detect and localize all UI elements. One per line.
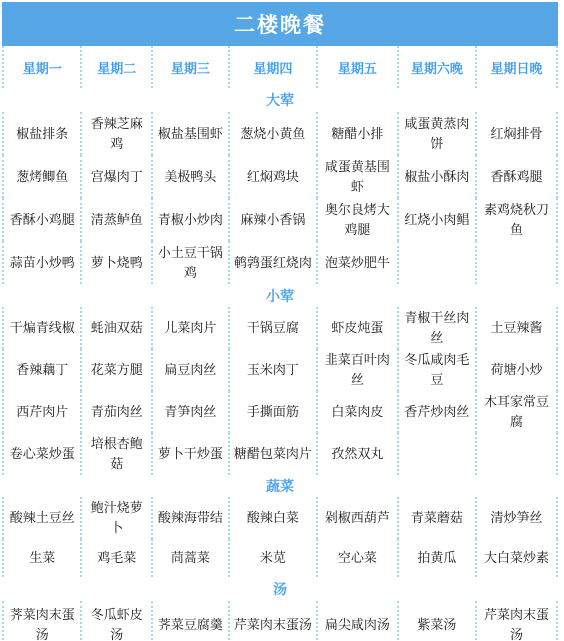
dish-cell: 青茄肉丝	[80, 391, 151, 433]
dish-cell: 孜然双丸	[316, 433, 397, 475]
day-header-col7: 星期日晚	[475, 46, 558, 88]
dish-label: 香酥小鸡腿	[10, 210, 75, 230]
day-header-label: 星期四	[253, 58, 292, 77]
dish-cell: 萝卜干炒蛋	[151, 433, 228, 475]
dish-cell: 空心菜	[316, 539, 397, 577]
day-header-label: 星期一	[23, 58, 62, 77]
dish-cell: 土豆辣酱	[475, 307, 558, 349]
section-title: 小荤	[2, 284, 558, 307]
dish-cell: 干锅豆腐	[228, 307, 316, 349]
dish-cell: 卷心菜炒蛋	[2, 433, 80, 475]
dish-cell: 冬瓜咸肉毛豆	[397, 349, 475, 391]
day-header-label: 星期五	[338, 58, 377, 77]
dish-label: 椒盐排条	[16, 124, 68, 144]
dish-cell: 小土豆干锅鸡	[151, 241, 228, 284]
dish-cell: 咸蛋黄蒸肉饼	[397, 112, 475, 155]
dish-cell: 花菜方腿	[80, 349, 151, 391]
menu-row: 卷心菜炒蛋培根杏鲍菇萝卜干炒蛋糖醋包菜肉片孜然双丸	[2, 433, 558, 475]
dish-label: 荠菜豆腐羹	[158, 615, 223, 635]
section-body: 干煸青线椒蚝油双菇儿菜肉片干锅豆腐虾皮炖蛋青椒干丝肉丝土豆辣酱香辣藕丁花菜方腿扁…	[2, 307, 558, 475]
dish-cell: 酸辣海带结	[151, 497, 228, 539]
dish-label: 咸蛋黄蒸肉饼	[402, 114, 472, 154]
dish-cell: 素鸡烧秋刀鱼	[475, 198, 558, 241]
dish-cell: 茼蒿菜	[151, 539, 228, 577]
menu-title-bar: 二楼晚餐	[2, 2, 558, 46]
dish-cell: 手撕面筋	[228, 391, 316, 433]
day-header-label: 星期三	[171, 58, 210, 77]
menu-row: 椒盐排条香辣芝麻鸡椒盐基围虾葱烧小黄鱼糖醋小排咸蛋黄蒸肉饼红焖排骨	[2, 112, 558, 155]
dish-label: 蚝油双菇	[91, 318, 143, 338]
dish-cell: 清蒸鲈鱼	[80, 198, 151, 241]
dish-cell-empty	[475, 433, 558, 475]
menu-row: 蒜苗小炒鸭萝卜烧鸭小土豆干锅鸡鹌鹑蛋红烧肉泡菜炒肥牛	[2, 241, 558, 284]
dish-cell: 香酥小鸡腿	[2, 198, 80, 241]
section-title: 蔬菜	[2, 475, 558, 497]
dish-label: 儿菜肉片	[164, 318, 216, 338]
dish-label: 荠菜肉末蛋汤	[7, 605, 77, 641]
dish-cell: 奥尔良烤大鸡腿	[316, 198, 397, 241]
dish-cell: 蚝油双菇	[80, 307, 151, 349]
dish-label: 葱烤鲫鱼	[16, 167, 68, 187]
dish-cell: 米苋	[228, 539, 316, 577]
dish-cell: 白菜肉皮	[316, 391, 397, 433]
dish-label: 葱烧小黄鱼	[240, 124, 305, 144]
dish-cell: 葱烤鲫鱼	[2, 155, 80, 198]
dish-label: 糖醋小排	[331, 124, 383, 144]
dish-label: 酸辣土豆丝	[10, 508, 75, 528]
dish-label: 萝卜烧鸭	[91, 253, 143, 273]
dish-cell: 椒盐排条	[2, 112, 80, 155]
dish-label: 荷塘小炒	[491, 360, 543, 380]
day-header-col2: 星期二	[80, 46, 151, 88]
menu-row: 酸辣土豆丝鲍汁烧萝卜酸辣海带结酸辣白菜剁椒西葫芦青菜蘑菇清炒笋丝	[2, 497, 558, 539]
menu-row: 葱烤鲫鱼宫爆肉丁美极鸭头红焖鸡块咸蛋黄基围虾椒盐小酥肉香酥鸡腿	[2, 155, 558, 198]
section-body: 荠菜肉末蛋汤冬瓜虾皮汤荠菜豆腐羹芹菜肉末蛋汤扁尖咸肉汤紫菜汤芹菜肉末蛋汤	[2, 601, 558, 641]
dish-label: 青椒干丝肉丝	[402, 308, 472, 348]
dish-cell: 美极鸭头	[151, 155, 228, 198]
dish-cell: 红焖排骨	[475, 112, 558, 155]
dish-cell: 干煸青线椒	[2, 307, 80, 349]
dish-label: 生菜	[29, 548, 55, 568]
section-title: 汤	[2, 577, 558, 601]
dish-cell: 香辣芝麻鸡	[80, 112, 151, 155]
dish-label: 青笋肉丝	[164, 402, 216, 422]
dish-label: 剁椒西葫芦	[325, 508, 390, 528]
section-body: 酸辣土豆丝鲍汁烧萝卜酸辣海带结酸辣白菜剁椒西葫芦青菜蘑菇清炒笋丝生菜鸡毛菜茼蒿菜…	[2, 497, 558, 577]
dish-cell: 鸡毛菜	[80, 539, 151, 577]
dish-cell: 玉米肉丁	[228, 349, 316, 391]
dish-cell: 青椒小炒肉	[151, 198, 228, 241]
dish-label: 酸辣海带结	[158, 508, 223, 528]
dish-label: 咸蛋黄基围虾	[321, 157, 394, 197]
dish-label: 米苋	[260, 548, 286, 568]
dish-cell: 香酥鸡腿	[475, 155, 558, 198]
dish-label: 拍黄瓜	[417, 548, 456, 568]
dish-label: 青菜蘑菇	[411, 508, 463, 528]
dish-label: 鹌鹑蛋红烧肉	[234, 253, 312, 273]
dish-label: 鸡毛菜	[97, 548, 136, 568]
dish-label: 椒盐小酥肉	[404, 167, 469, 187]
day-header-col1: 星期一	[2, 46, 80, 88]
dish-label: 白菜肉皮	[331, 402, 383, 422]
dish-cell: 紫菜汤	[397, 601, 475, 641]
dish-cell: 青椒干丝肉丝	[397, 307, 475, 349]
dish-cell: 荠菜肉末蛋汤	[2, 601, 80, 641]
dish-cell: 麻辣小香锅	[228, 198, 316, 241]
day-header-col4: 星期四	[228, 46, 316, 88]
dish-cell: 西芹肉片	[2, 391, 80, 433]
section-title: 大荤	[2, 88, 558, 112]
dish-label: 青椒小炒肉	[158, 210, 223, 230]
dish-label: 芹菜肉末蛋汤	[480, 605, 553, 641]
dish-label: 香辣芝麻鸡	[85, 114, 148, 154]
dish-cell: 红焖鸡块	[228, 155, 316, 198]
dish-cell: 宫爆肉丁	[80, 155, 151, 198]
dish-cell: 椒盐基围虾	[151, 112, 228, 155]
menu-row: 荠菜肉末蛋汤冬瓜虾皮汤荠菜豆腐羹芹菜肉末蛋汤扁尖咸肉汤紫菜汤芹菜肉末蛋汤	[2, 601, 558, 641]
dish-cell: 扁尖咸肉汤	[316, 601, 397, 641]
dish-label: 鲍汁烧萝卜	[85, 498, 148, 538]
dish-cell: 鹌鹑蛋红烧肉	[228, 241, 316, 284]
dish-cell: 虾皮炖蛋	[316, 307, 397, 349]
dish-cell: 芹菜肉末蛋汤	[475, 601, 558, 641]
dish-label: 扁尖咸肉汤	[325, 615, 390, 635]
dish-label: 花菜方腿	[91, 360, 143, 380]
dish-label: 培根杏鲍菇	[85, 434, 148, 474]
dish-cell-empty	[397, 433, 475, 475]
dish-label: 冬瓜虾皮汤	[85, 605, 148, 641]
dish-label: 手撕面筋	[247, 402, 299, 422]
dish-label: 青茄肉丝	[91, 402, 143, 422]
dish-label: 孜然双丸	[331, 444, 383, 464]
dish-cell: 酸辣土豆丝	[2, 497, 80, 539]
dish-label: 香辣藕丁	[16, 360, 68, 380]
dish-label: 泡菜炒肥牛	[325, 253, 390, 273]
dish-cell: 青菜蘑菇	[397, 497, 475, 539]
dish-label: 红焖鸡块	[247, 167, 299, 187]
day-header-col5: 星期五	[316, 46, 397, 88]
dish-cell: 扁豆肉丝	[151, 349, 228, 391]
dish-cell: 泡菜炒肥牛	[316, 241, 397, 284]
dish-label: 香芹炒肉丝	[404, 402, 469, 422]
dish-label: 美极鸭头	[164, 167, 216, 187]
dish-label: 冬瓜咸肉毛豆	[402, 350, 472, 390]
dish-cell: 大白菜炒素	[475, 539, 558, 577]
dish-label: 茼蒿菜	[171, 548, 210, 568]
dish-cell: 荠菜豆腐羹	[151, 601, 228, 641]
section-body: 椒盐排条香辣芝麻鸡椒盐基围虾葱烧小黄鱼糖醋小排咸蛋黄蒸肉饼红焖排骨葱烤鲫鱼宫爆肉…	[2, 112, 558, 284]
dish-label: 红焖排骨	[491, 124, 543, 144]
day-header-col3: 星期三	[151, 46, 228, 88]
dish-cell: 酸辣白菜	[228, 497, 316, 539]
menu-sections: 大荤椒盐排条香辣芝麻鸡椒盐基围虾葱烧小黄鱼糖醋小排咸蛋黄蒸肉饼红焖排骨葱烤鲫鱼宫…	[2, 88, 558, 641]
day-header-label: 星期六晚	[411, 58, 463, 77]
dish-cell: 葱烧小黄鱼	[228, 112, 316, 155]
dinner-menu-page: 二楼晚餐 星期一星期二星期三星期四星期五星期六晚星期日晚 大荤椒盐排条香辣芝麻鸡…	[0, 0, 560, 639]
menu-row: 干煸青线椒蚝油双菇儿菜肉片干锅豆腐虾皮炖蛋青椒干丝肉丝土豆辣酱	[2, 307, 558, 349]
day-header-row: 星期一星期二星期三星期四星期五星期六晚星期日晚	[2, 46, 558, 88]
dish-label: 木耳家常豆腐	[480, 392, 553, 432]
dish-label: 奥尔良烤大鸡腿	[321, 200, 394, 240]
dish-label: 萝卜干炒蛋	[158, 444, 223, 464]
day-header-label: 星期日晚	[491, 58, 543, 77]
dish-label: 椒盐基围虾	[158, 124, 223, 144]
dish-label: 空心菜	[338, 548, 377, 568]
menu-row: 香酥小鸡腿清蒸鲈鱼青椒小炒肉麻辣小香锅奥尔良烤大鸡腿红烧小肉鲳素鸡烧秋刀鱼	[2, 198, 558, 241]
menu-row: 香辣藕丁花菜方腿扁豆肉丝玉米肉丁韭菜百叶肉丝冬瓜咸肉毛豆荷塘小炒	[2, 349, 558, 391]
day-header-label: 星期二	[97, 58, 136, 77]
menu-row: 生菜鸡毛菜茼蒿菜米苋空心菜拍黄瓜大白菜炒素	[2, 539, 558, 577]
dish-label: 香酥鸡腿	[491, 167, 543, 187]
dish-cell: 冬瓜虾皮汤	[80, 601, 151, 641]
dish-cell: 糖醋小排	[316, 112, 397, 155]
dish-cell: 香芹炒肉丝	[397, 391, 475, 433]
dish-label: 清炒笋丝	[491, 508, 543, 528]
dish-label: 干煸青线椒	[10, 318, 75, 338]
menu-row: 西芹肉片青茄肉丝青笋肉丝手撕面筋白菜肉皮香芹炒肉丝木耳家常豆腐	[2, 391, 558, 433]
dish-cell: 咸蛋黄基围虾	[316, 155, 397, 198]
dish-cell: 青笋肉丝	[151, 391, 228, 433]
dish-label: 素鸡烧秋刀鱼	[480, 200, 553, 240]
dish-label: 扁豆肉丝	[164, 360, 216, 380]
dish-cell: 木耳家常豆腐	[475, 391, 558, 433]
dish-label: 玉米肉丁	[247, 360, 299, 380]
dish-label: 土豆辣酱	[491, 318, 543, 338]
day-header-col6: 星期六晚	[397, 46, 475, 88]
dish-cell: 鲍汁烧萝卜	[80, 497, 151, 539]
dish-label: 小土豆干锅鸡	[156, 243, 225, 283]
dish-cell: 椒盐小酥肉	[397, 155, 475, 198]
dish-cell: 生菜	[2, 539, 80, 577]
dish-label: 韭菜百叶肉丝	[321, 350, 394, 390]
menu-title: 二楼晚餐	[234, 9, 326, 39]
dish-cell: 萝卜烧鸭	[80, 241, 151, 284]
dish-cell: 蒜苗小炒鸭	[2, 241, 80, 284]
dish-cell-empty	[475, 241, 558, 284]
dish-cell: 清炒笋丝	[475, 497, 558, 539]
dish-label: 芹菜肉末蛋汤	[234, 615, 312, 635]
dish-label: 紫菜汤	[417, 615, 456, 635]
dish-cell: 韭菜百叶肉丝	[316, 349, 397, 391]
dish-label: 虾皮炖蛋	[331, 318, 383, 338]
dish-label: 西芹肉片	[16, 402, 68, 422]
dish-label: 酸辣白菜	[247, 508, 299, 528]
dish-cell: 红烧小肉鲳	[397, 198, 475, 241]
dish-cell: 儿菜肉片	[151, 307, 228, 349]
dish-label: 大白菜炒素	[484, 548, 549, 568]
dish-cell: 糖醋包菜肉片	[228, 433, 316, 475]
dish-cell: 香辣藕丁	[2, 349, 80, 391]
dish-label: 清蒸鲈鱼	[91, 210, 143, 230]
dish-label: 麻辣小香锅	[240, 210, 305, 230]
dish-label: 宫爆肉丁	[91, 167, 143, 187]
dish-cell: 荷塘小炒	[475, 349, 558, 391]
dish-label: 干锅豆腐	[247, 318, 299, 338]
dish-label: 蒜苗小炒鸭	[10, 253, 75, 273]
dish-cell: 拍黄瓜	[397, 539, 475, 577]
dish-label: 红烧小肉鲳	[404, 210, 469, 230]
dish-label: 糖醋包菜肉片	[234, 444, 312, 464]
dish-cell: 剁椒西葫芦	[316, 497, 397, 539]
dish-label: 卷心菜炒蛋	[10, 444, 75, 464]
dish-cell: 芹菜肉末蛋汤	[228, 601, 316, 641]
dish-cell-empty	[397, 241, 475, 284]
dish-cell: 培根杏鲍菇	[80, 433, 151, 475]
